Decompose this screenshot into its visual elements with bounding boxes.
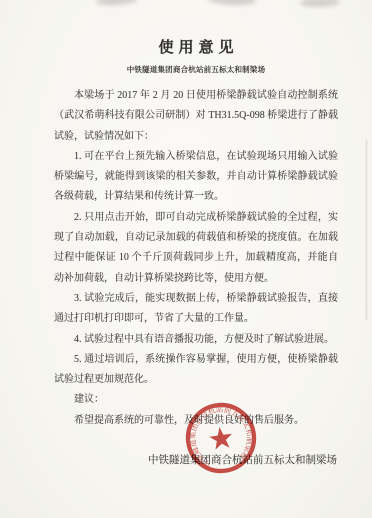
paragraph-item-5: 5. 通过培训后，系统操作容易掌握，使用方便，使桥梁静载试验过程更加规范化。 bbox=[54, 350, 338, 391]
scan-smudge bbox=[96, 0, 139, 6]
document-content: 使用意见 中铁隧道集团商合杭站前五标太和制梁场 本梁场于 2017 年 2 月 … bbox=[54, 36, 338, 467]
paragraph-item-1: 1. 可在平台上预先输入桥梁信息，在试验现场只用输入试验桥梁编号，就能得到该梁的… bbox=[54, 147, 338, 208]
paragraph-intro: 本梁场于 2017 年 2 月 20 日使用桥梁静载试验自动控制系统（武汉希萌科… bbox=[54, 86, 338, 147]
scan-edge-line bbox=[366, 140, 367, 320]
document-subtitle: 中铁隧道集团商合杭站前五标太和制梁场 bbox=[54, 64, 338, 75]
scan-smudge bbox=[208, 0, 256, 6]
document-body: 本梁场于 2017 年 2 月 20 日使用桥梁静载试验自动控制系统（武汉希萌科… bbox=[54, 86, 338, 431]
scanned-document-page: 使用意见 中铁隧道集团商合杭站前五标太和制梁场 本梁场于 2017 年 2 月 … bbox=[0, 0, 372, 518]
paragraph-item-4: 4. 试验过程中具有语音播报功能，方便及时了解试验进展。 bbox=[54, 330, 338, 350]
paragraph-suggestion: 希望提高系统的可靠性，及时提供良好的售后服务。 bbox=[54, 411, 338, 431]
signature-line: 中铁隧道集团商合杭站前五标太和制梁场 bbox=[54, 452, 338, 467]
paragraph-item-3: 3. 试验完成后，能实现数据上传，桥梁静载试验报告，直接通过打印机打印即可，节省… bbox=[54, 289, 338, 330]
scan-smudge bbox=[300, 0, 340, 8]
document-title: 使用意见 bbox=[54, 36, 338, 57]
paragraph-suggestion-heading: 建议： bbox=[54, 390, 338, 410]
paragraph-item-2: 2. 只用点击开始，即可自动完成桥梁静载试验的全过程，实现了自动加载，自动记录加… bbox=[54, 208, 338, 289]
